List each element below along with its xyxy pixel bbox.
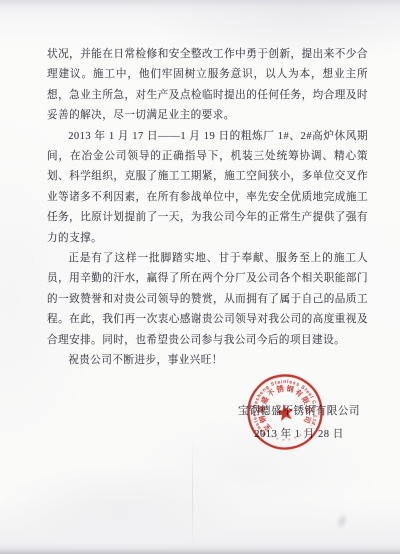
stamp-star-icon — [275, 403, 295, 422]
paragraph-3: 正是有了这样一批脚踏实地、甘于奉献、服务至上的施工人员，用辛勤的汗水，赢得了所在… — [47, 249, 368, 351]
company-seal-stamp: Baosteel Desheng Stainless Steel Co., Lt… — [226, 353, 344, 471]
paragraph-1: 状况，并能在日常检修和安全整改工作中勇于创新，提出来不少合理建议。施工中，他们牢… — [47, 45, 368, 127]
seal-graphic: Baosteel Desheng Stainless Steel Co., Lt… — [226, 353, 344, 471]
letter-body: 状况，并能在日常检修和安全整改工作中勇于创新，提出来不少合理建议。施工中，他们牢… — [47, 45, 368, 372]
scanned-letter-page: 状况，并能在日常检修和安全整改工作中勇于创新，提出来不少合理建议。施工中，他们牢… — [0, 0, 400, 554]
paragraph-2: 2013 年 1 月 17 日——1 月 19 日的粗炼厂 1#、2#高炉休风期… — [47, 127, 368, 249]
pencil-smudge — [333, 510, 350, 531]
paper-crease — [192, 438, 193, 550]
